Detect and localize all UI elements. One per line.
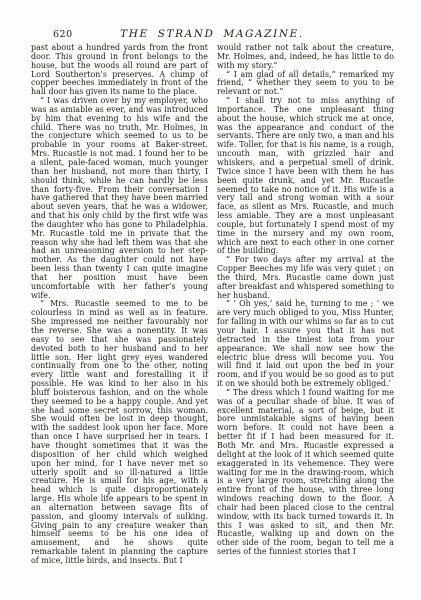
left-column: past about a hundred yards from the fron…	[31, 44, 208, 566]
page-title: THE STRAND MAGAZINE.	[31, 28, 393, 40]
paragraph: “ For two days after my arrival at the C…	[217, 256, 394, 300]
paragraph: “ ‘ Oh yes,’ said he, turning to me ; ‘ …	[217, 300, 394, 388]
text-columns: past about a hundred yards from the fron…	[31, 44, 394, 566]
paragraph: past about a hundred yards from the fron…	[31, 44, 208, 97]
paragraph: “ I am glad of all details,” remarked my…	[217, 71, 394, 98]
right-column: would rather not talk about the creature…	[217, 44, 394, 566]
paragraph: “ I shall try not to miss anything of im…	[217, 97, 394, 256]
page-header: 620 THE STRAND MAGAZINE.	[31, 28, 393, 42]
paragraph: “ I was driven over by my employer, who …	[31, 97, 208, 300]
paragraph: would rather not talk about the creature…	[217, 44, 394, 71]
paragraph: “ The dress which I found waiting for me…	[217, 389, 394, 557]
magazine-page: 620 THE STRAND MAGAZINE. past about a hu…	[0, 0, 421, 600]
paragraph: “ Mrs. Rucastle seemed to me to be colou…	[31, 300, 208, 565]
